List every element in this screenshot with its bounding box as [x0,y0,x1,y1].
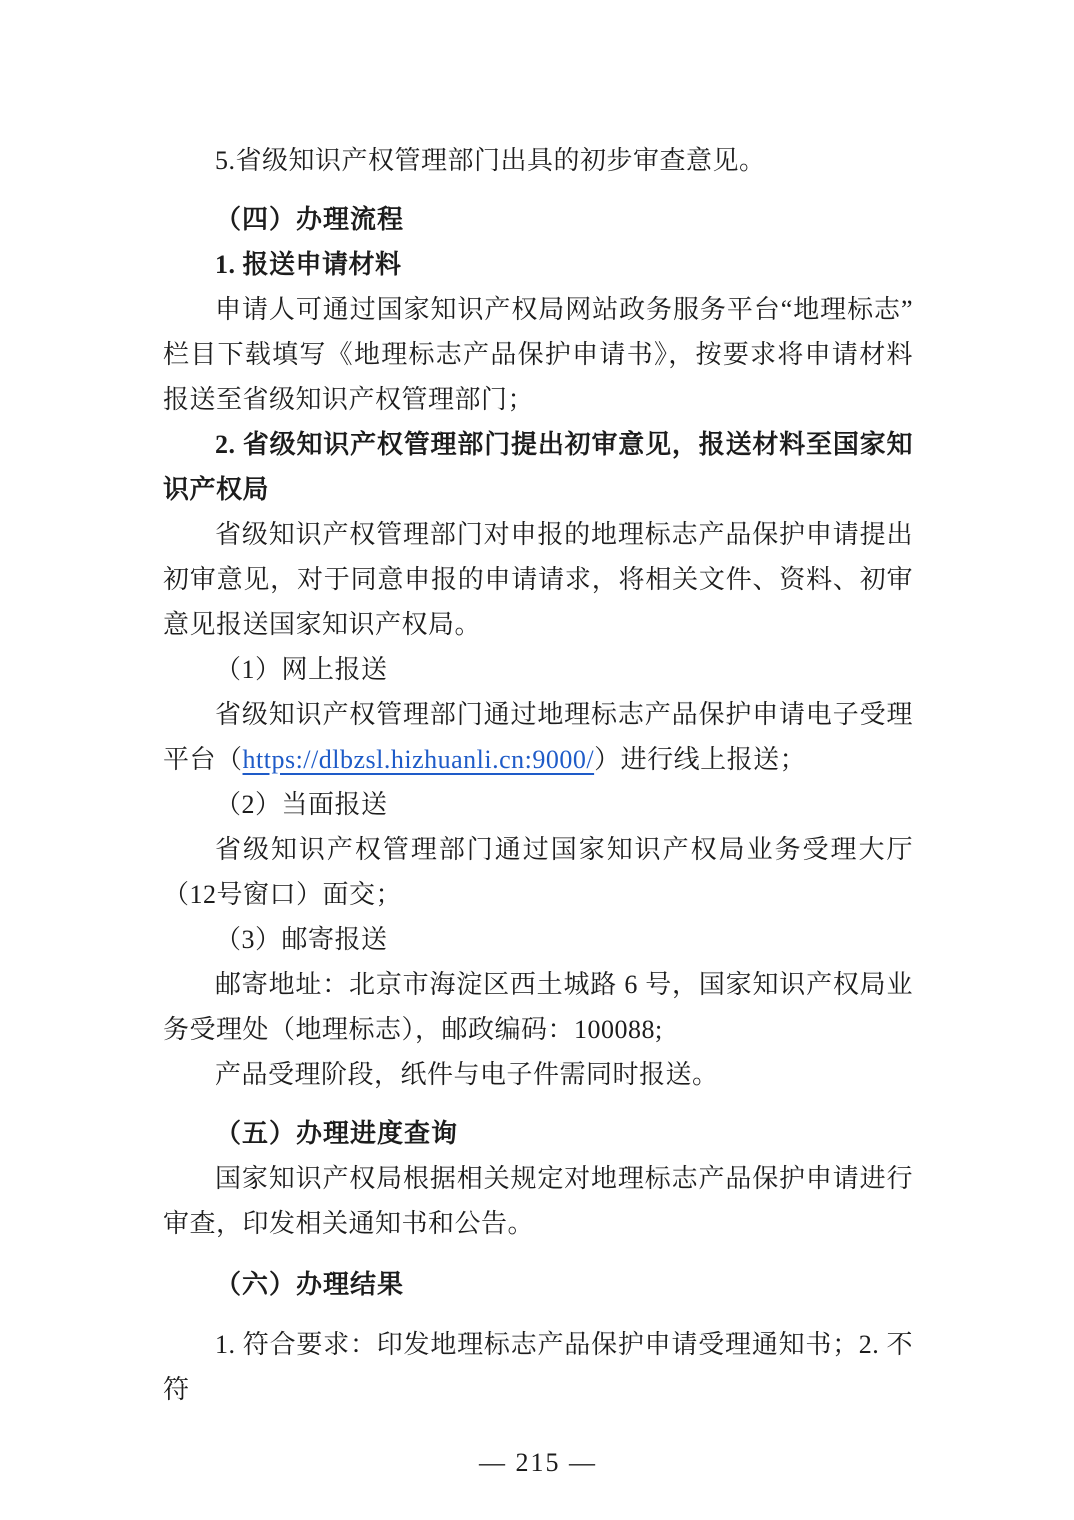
para-step-2-description: 省级知识产权管理部门对申报的地理标志产品保护申请提出初审意见，对于同意申报的申请… [163,512,913,647]
para-online-submission-description: 省级知识产权管理部门通过地理标志产品保护申请电子受理平台（https://dlb… [163,692,913,782]
link-suffix-text: ）进行线上报送； [594,745,806,774]
page-number: — 215 — [163,1440,913,1485]
heading-section-5-progress-query: （五）办理进度查询 [163,1111,913,1156]
para-inperson-submission-label: （2）当面报送 [163,782,913,827]
para-step-1-description: 申请人可通过国家知识产权局网站政务服务平台“地理标志”栏目下载填写《地理标志产品… [163,287,913,422]
para-mail-submission-label: （3）邮寄报送 [163,917,913,962]
document-page: 5.省级知识产权管理部门出具的初步审查意见。 （四）办理流程 1. 报送申请材料… [0,0,1074,1485]
para-online-submission-label: （1）网上报送 [163,647,913,692]
heading-section-6-result: （六）办理结果 [163,1262,913,1307]
item-5-preliminary-review-opinion: 5.省级知识产权管理部门出具的初步审查意见。 [163,138,913,183]
eprocessing-platform-link[interactable]: https://dlbzsl.hizhuanli.cn:9000/ [243,745,595,774]
para-paper-and-electronic-note: 产品受理阶段，纸件与电子件需同时报送。 [163,1052,913,1097]
para-mail-address: 邮寄地址：北京市海淀区西土城路 6 号，国家知识产权局业务受理处（地理标志），邮… [163,962,913,1052]
heading-step-1-submit-materials: 1. 报送申请材料 [163,242,913,287]
para-inperson-submission-description: 省级知识产权管理部门通过国家知识产权局业务受理大厅（12号窗口）面交； [163,827,913,917]
para-result-description: 1. 符合要求：印发地理标志产品保护申请受理通知书；2. 不符 [163,1322,913,1412]
heading-section-4-process: （四）办理流程 [163,197,913,242]
heading-step-2-provincial-review: 2. 省级知识产权管理部门提出初审意见，报送材料至国家知识产权局 [163,422,913,512]
para-progress-query-description: 国家知识产权局根据相关规定对地理标志产品保护申请进行审查，印发相关通知书和公告。 [163,1156,913,1246]
